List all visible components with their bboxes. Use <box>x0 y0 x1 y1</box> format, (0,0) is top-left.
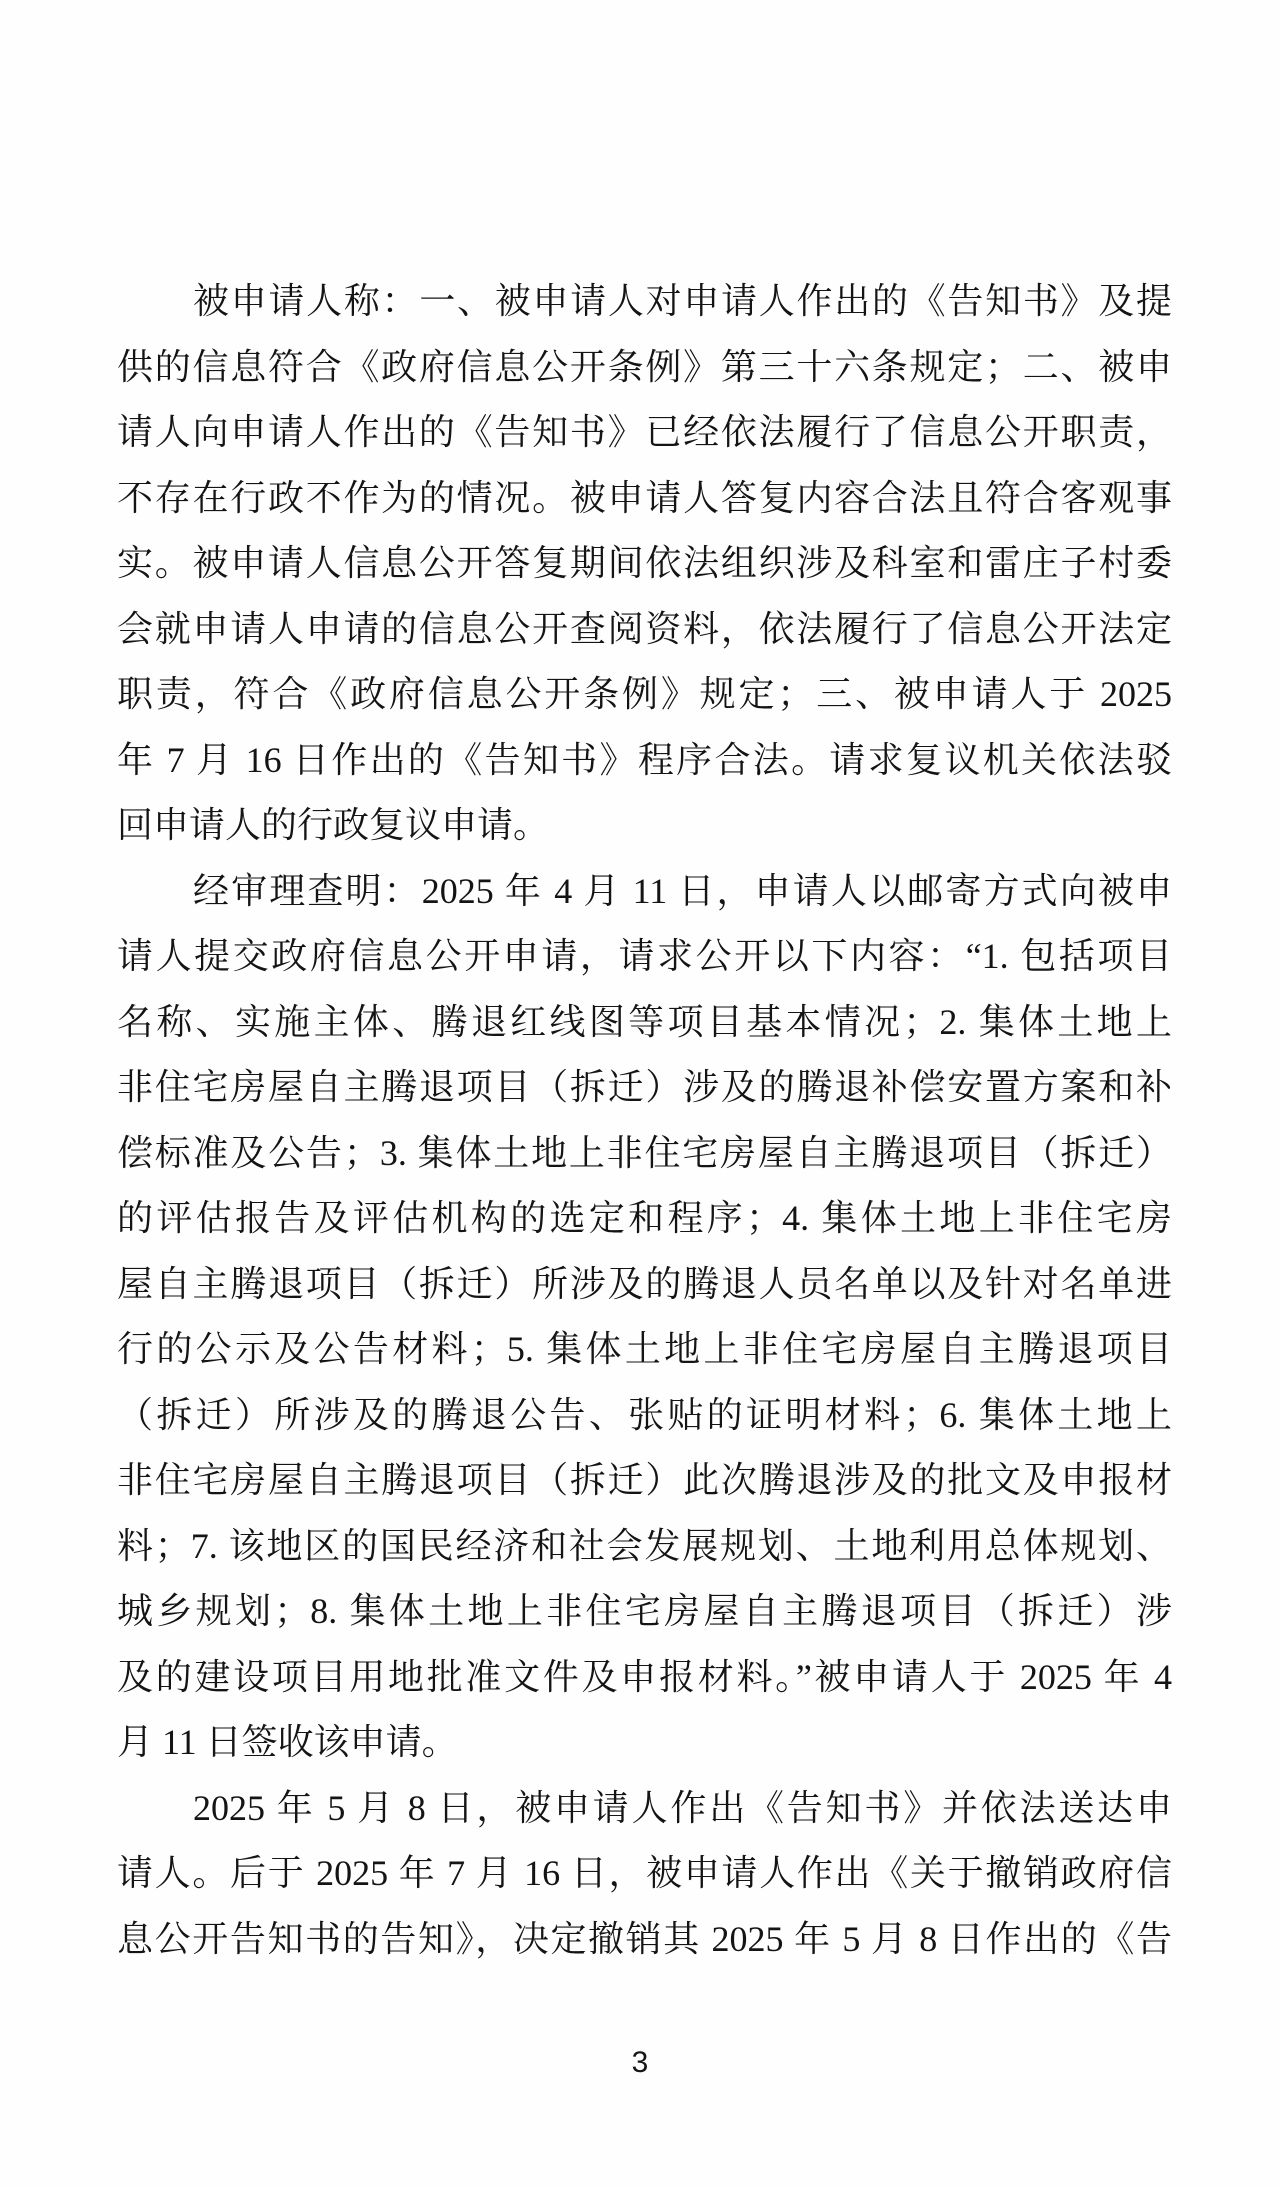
text-line: 偿标准及公告；3. 集体土地上非住宅房屋自主腾退项目（拆迁） <box>117 1121 1172 1187</box>
text-line: 供的信息符合《政府信息公开条例》第三十六条规定；二、被申 <box>117 335 1172 401</box>
text-line: 月 11 日签收该申请。 <box>117 1710 1172 1776</box>
text-line: 屋自主腾退项目（拆迁）所涉及的腾退人员名单以及针对名单进 <box>117 1252 1172 1318</box>
text-line: 名称、实施主体、腾退红线图等项目基本情况；2. 集体土地上 <box>117 990 1172 1056</box>
body-text: 被申请人称：一、被申请人对申请人作出的《告知书》及提供的信息符合《政府信息公开条… <box>117 269 1172 1972</box>
text-line: 2025 年 5 月 8 日，被申请人作出《告知书》并依法送达申 <box>117 1776 1172 1842</box>
text-line: 年 7 月 16 日作出的《告知书》程序合法。请求复议机关依法驳 <box>117 728 1172 794</box>
page-number: 3 <box>0 2046 1280 2080</box>
text-line: 息公开告知书的告知》，决定撤销其 2025 年 5 月 8 日作出的《告 <box>117 1907 1172 1973</box>
text-line: 不存在行政不作为的情况。被申请人答复内容合法且符合客观事 <box>117 466 1172 532</box>
text-line: 的评估报告及评估机构的选定和程序；4. 集体土地上非住宅房 <box>117 1186 1172 1252</box>
text-line: 行的公示及公告材料；5. 集体土地上非住宅房屋自主腾退项目 <box>117 1317 1172 1383</box>
text-line: 请人向申请人作出的《告知书》已经依法履行了信息公开职责， <box>117 400 1172 466</box>
text-line: （拆迁）所涉及的腾退公告、张贴的证明材料；6. 集体土地上 <box>117 1383 1172 1449</box>
text-line: 城乡规划；8. 集体土地上非住宅房屋自主腾退项目（拆迁）涉 <box>117 1579 1172 1645</box>
text-line: 料；7. 该地区的国民经济和社会发展规划、土地利用总体规划、 <box>117 1514 1172 1580</box>
document-page: 被申请人称：一、被申请人对申请人作出的《告知书》及提供的信息符合《政府信息公开条… <box>0 0 1280 2189</box>
text-line: 经审理查明：2025 年 4 月 11 日，申请人以邮寄方式向被申 <box>117 859 1172 925</box>
text-line: 请人。后于 2025 年 7 月 16 日，被申请人作出《关于撤销政府信 <box>117 1841 1172 1907</box>
text-line: 会就申请人申请的信息公开查阅资料，依法履行了信息公开法定 <box>117 597 1172 663</box>
text-line: 回申请人的行政复议申请。 <box>117 793 1172 859</box>
text-line: 非住宅房屋自主腾退项目（拆迁）涉及的腾退补偿安置方案和补 <box>117 1055 1172 1121</box>
text-line: 被申请人称：一、被申请人对申请人作出的《告知书》及提 <box>117 269 1172 335</box>
text-line: 请人提交政府信息公开申请，请求公开以下内容：“1. 包括项目 <box>117 924 1172 990</box>
text-line: 职责，符合《政府信息公开条例》规定；三、被申请人于 2025 <box>117 662 1172 728</box>
text-line: 及的建设项目用地批准文件及申报材料。”被申请人于 2025 年 4 <box>117 1645 1172 1711</box>
text-line: 实。被申请人信息公开答复期间依法组织涉及科室和雷庄子村委 <box>117 531 1172 597</box>
text-line: 非住宅房屋自主腾退项目（拆迁）此次腾退涉及的批文及申报材 <box>117 1448 1172 1514</box>
